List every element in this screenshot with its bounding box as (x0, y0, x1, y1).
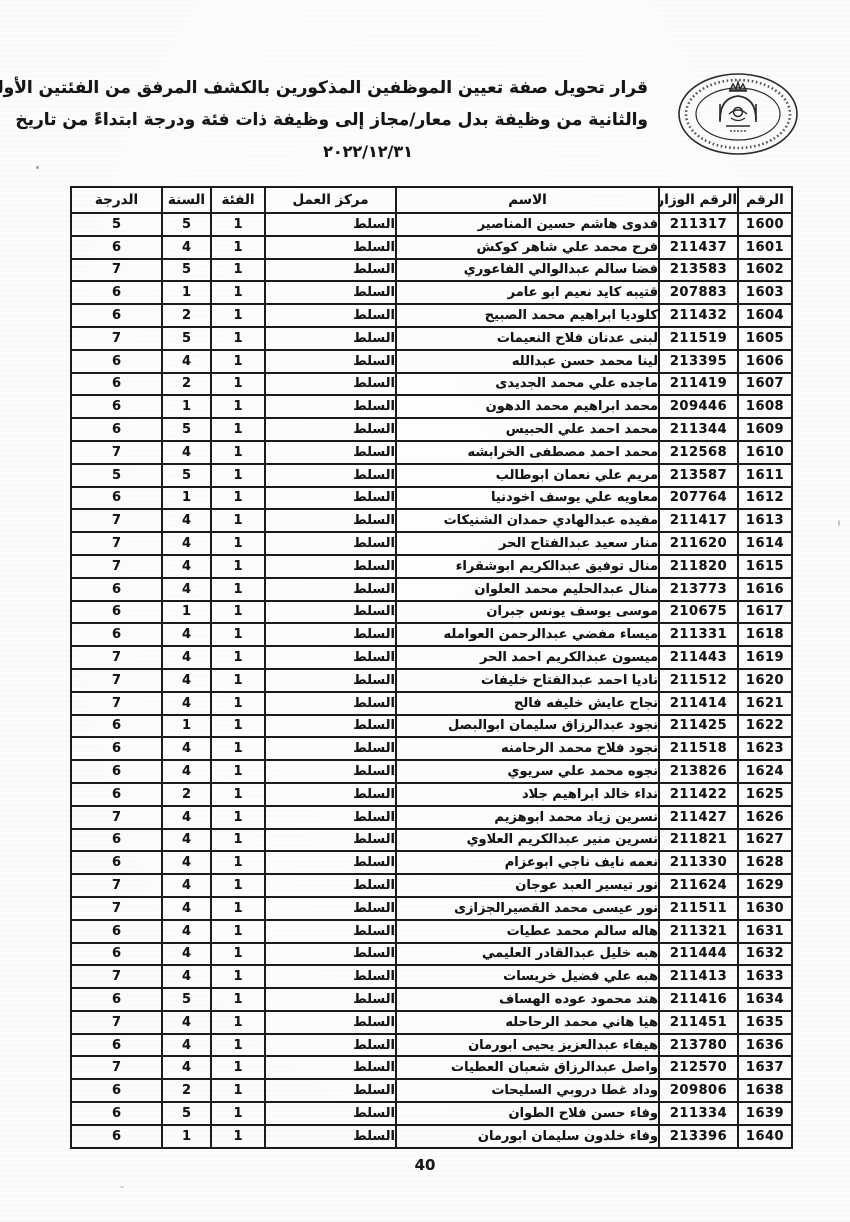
header-name: الاسم (396, 187, 659, 213)
cell-category: 1 (211, 760, 265, 783)
cell-name: نجود عبدالرزاق سليمان ابوالبصل (396, 715, 659, 738)
cell-year: 4 (162, 965, 211, 988)
cell-number: 1637 (738, 1056, 792, 1079)
cell-work-center: السلط (265, 1011, 396, 1034)
table-row: 1615211820منال توفيق عبدالكريم ابوشقراءا… (71, 555, 792, 578)
cell-year: 4 (162, 829, 211, 852)
cell-work-center: السلط (265, 213, 396, 236)
cell-name: محمد احمد علي الحبيس (396, 418, 659, 441)
cell-number: 1628 (738, 851, 792, 874)
header-work-center: مركز العمل (265, 187, 396, 213)
cell-year: 1 (162, 601, 211, 624)
cell-grade: 6 (71, 851, 162, 874)
cell-number: 1635 (738, 1011, 792, 1034)
cell-name: هيا هاني محمد الرحاحله (396, 1011, 659, 1034)
table-row: 1611213587مريم علي نعمان ابوطالبالسلط155 (71, 464, 792, 487)
cell-name: موسى يوسف يونس جبران (396, 601, 659, 624)
cell-grade: 7 (71, 441, 162, 464)
cell-number: 1615 (738, 555, 792, 578)
table-row: 1607211419ماجده علي محمد الجديدىالسلط126 (71, 373, 792, 396)
table-row: 1633211413هبه علي فضيل خريساتالسلط147 (71, 965, 792, 988)
cell-number: 1638 (738, 1079, 792, 1102)
table-row: 1604211432كلوديا ابراهيم محمد الصبيحالسل… (71, 304, 792, 327)
cell-name: منال عبدالحليم محمد العلوان (396, 578, 659, 601)
cell-ministry-number: 213780 (659, 1034, 738, 1057)
cell-work-center: السلط (265, 1125, 396, 1148)
table-row: 1632211444هبه خليل عبدالقادر العليميالسل… (71, 943, 792, 966)
cell-work-center: السلط (265, 509, 396, 532)
cell-ministry-number: 211331 (659, 623, 738, 646)
cell-ministry-number: 211419 (659, 373, 738, 396)
cell-work-center: السلط (265, 236, 396, 259)
cell-ministry-number: 211512 (659, 669, 738, 692)
cell-category: 1 (211, 281, 265, 304)
cell-work-center: السلط (265, 760, 396, 783)
cell-work-center: السلط (265, 988, 396, 1011)
cell-grade: 6 (71, 1079, 162, 1102)
table-row: 1639211334وفاء حسن فلاح الطوانالسلط156 (71, 1102, 792, 1125)
cell-name: نعمه نايف ناجي ابوعزام (396, 851, 659, 874)
cell-ministry-number: 213583 (659, 259, 738, 282)
cell-year: 4 (162, 920, 211, 943)
cell-category: 1 (211, 1034, 265, 1057)
cell-grade: 7 (71, 646, 162, 669)
cell-number: 1608 (738, 395, 792, 418)
scanned-document-page: قرار تحويل صفة تعيين الموظفين المذكورين … (0, 0, 850, 1222)
cell-number: 1626 (738, 806, 792, 829)
cell-name: نور عيسى محمد القصيرالجزازى (396, 897, 659, 920)
cell-name: ميساء مفضي عبدالرحمن العوامله (396, 623, 659, 646)
cell-grade: 7 (71, 555, 162, 578)
cell-work-center: السلط (265, 783, 396, 806)
table-row: 1629211624نور تيسير العبد عوجانالسلط147 (71, 874, 792, 897)
cell-number: 1610 (738, 441, 792, 464)
cell-ministry-number: 209806 (659, 1079, 738, 1102)
cell-year: 5 (162, 418, 211, 441)
cell-number: 1612 (738, 487, 792, 510)
cell-name: محمد ابراهيم محمد الدهون (396, 395, 659, 418)
cell-number: 1640 (738, 1125, 792, 1148)
table-row: 1626211427نسرين زياد محمد ابوهزيمالسلط14… (71, 806, 792, 829)
table-row: 1636213780هيفاء عبدالعزيز يحيى ابورمانال… (71, 1034, 792, 1057)
cell-ministry-number: 211413 (659, 965, 738, 988)
cell-number: 1609 (738, 418, 792, 441)
cell-name: مريم علي نعمان ابوطالب (396, 464, 659, 487)
scan-artifact (120, 1186, 124, 1188)
cell-ministry-number: 212570 (659, 1056, 738, 1079)
cell-grade: 7 (71, 669, 162, 692)
cell-grade: 7 (71, 897, 162, 920)
cell-work-center: السلط (265, 304, 396, 327)
cell-ministry-number: 211624 (659, 874, 738, 897)
cell-year: 4 (162, 646, 211, 669)
table-row: 1617210675موسى يوسف يونس جبرانالسلط116 (71, 601, 792, 624)
cell-work-center: السلط (265, 851, 396, 874)
cell-work-center: السلط (265, 464, 396, 487)
table-row: 1623211518نجود فلاح محمد الرحامنهالسلط14… (71, 737, 792, 760)
cell-number: 1631 (738, 920, 792, 943)
scan-artifact (36, 166, 39, 169)
cell-ministry-number: 212568 (659, 441, 738, 464)
cell-name: لبنى عدنان فلاح النعيمات (396, 327, 659, 350)
cell-number: 1602 (738, 259, 792, 282)
cell-grade: 6 (71, 304, 162, 327)
decree-title: قرار تحويل صفة تعيين الموظفين المذكورين … (88, 72, 648, 168)
cell-number: 1621 (738, 692, 792, 715)
cell-ministry-number: 210675 (659, 601, 738, 624)
header-category: الفئة (211, 187, 265, 213)
cell-work-center: السلط (265, 578, 396, 601)
table-row: 1627211821نسرين منير عبدالكريم العلاويال… (71, 829, 792, 852)
cell-number: 1614 (738, 532, 792, 555)
cell-number: 1636 (738, 1034, 792, 1057)
cell-category: 1 (211, 509, 265, 532)
cell-ministry-number: 211443 (659, 646, 738, 669)
cell-work-center: السلط (265, 920, 396, 943)
cell-year: 5 (162, 1102, 211, 1125)
cell-number: 1620 (738, 669, 792, 692)
cell-name: نسرين زياد محمد ابوهزيم (396, 806, 659, 829)
cell-name: كلوديا ابراهيم محمد الصبيح (396, 304, 659, 327)
cell-category: 1 (211, 304, 265, 327)
cell-grade: 6 (71, 760, 162, 783)
cell-work-center: السلط (265, 737, 396, 760)
cell-ministry-number: 211425 (659, 715, 738, 738)
cell-name: منال توفيق عبدالكريم ابوشقراء (396, 555, 659, 578)
cell-work-center: السلط (265, 259, 396, 282)
cell-work-center: السلط (265, 669, 396, 692)
table-row: 1612207764معاويه علي يوسف اخودنياالسلط11… (71, 487, 792, 510)
cell-ministry-number: 211330 (659, 851, 738, 874)
cell-name: فضا سالم عبدالوالي الفاعوري (396, 259, 659, 282)
cell-grade: 6 (71, 1102, 162, 1125)
cell-grade: 5 (71, 213, 162, 236)
cell-category: 1 (211, 1102, 265, 1125)
cell-work-center: السلط (265, 532, 396, 555)
table-row: 1624213826نجوه محمد علي سريويالسلط146 (71, 760, 792, 783)
cell-number: 1625 (738, 783, 792, 806)
cell-category: 1 (211, 965, 265, 988)
employee-roster-table: الرقم الرقم الوزاري الاسم مركز العمل الف… (70, 186, 793, 1149)
cell-year: 1 (162, 1125, 211, 1148)
cell-number: 1619 (738, 646, 792, 669)
cell-work-center: السلط (265, 395, 396, 418)
cell-year: 4 (162, 897, 211, 920)
cell-ministry-number: 211417 (659, 509, 738, 532)
table-row: 1614211620منار سعيد عبدالفتاح الحرالسلط1… (71, 532, 792, 555)
cell-grade: 7 (71, 692, 162, 715)
cell-grade: 6 (71, 715, 162, 738)
cell-work-center: السلط (265, 1034, 396, 1057)
cell-name: معاويه علي يوسف اخودنيا (396, 487, 659, 510)
cell-category: 1 (211, 1011, 265, 1034)
cell-category: 1 (211, 601, 265, 624)
table-row: 1635211451هيا هاني محمد الرحاحلهالسلط147 (71, 1011, 792, 1034)
title-line-1: قرار تحويل صفة تعيين الموظفين المذكورين … (88, 72, 648, 104)
cell-year: 4 (162, 441, 211, 464)
table-row: 1603207883قتيبه كايد نعيم ابو عامرالسلط1… (71, 281, 792, 304)
title-date: ٢٠٢٢/١٢/٣١ (88, 136, 648, 168)
cell-category: 1 (211, 487, 265, 510)
cell-year: 4 (162, 874, 211, 897)
cell-number: 1634 (738, 988, 792, 1011)
cell-category: 1 (211, 1079, 265, 1102)
cell-grade: 6 (71, 418, 162, 441)
cell-name: ناديا احمد عبدالفتاح خليفات (396, 669, 659, 692)
cell-year: 4 (162, 1011, 211, 1034)
cell-number: 1604 (738, 304, 792, 327)
cell-category: 1 (211, 236, 265, 259)
cell-grade: 6 (71, 281, 162, 304)
table-row: 1625211422نداء خالد ابراهيم جلادالسلط126 (71, 783, 792, 806)
cell-ministry-number: 211444 (659, 943, 738, 966)
cell-number: 1630 (738, 897, 792, 920)
cell-work-center: السلط (265, 327, 396, 350)
cell-year: 5 (162, 213, 211, 236)
cell-category: 1 (211, 943, 265, 966)
cell-number: 1632 (738, 943, 792, 966)
cell-category: 1 (211, 213, 265, 236)
cell-work-center: السلط (265, 555, 396, 578)
cell-category: 1 (211, 623, 265, 646)
cell-year: 4 (162, 555, 211, 578)
cell-year: 2 (162, 1079, 211, 1102)
cell-work-center: السلط (265, 373, 396, 396)
table-row: 1630211511نور عيسى محمد القصيرالجزازىالس… (71, 897, 792, 920)
cell-grade: 7 (71, 532, 162, 555)
cell-category: 1 (211, 532, 265, 555)
cell-work-center: السلط (265, 350, 396, 373)
cell-year: 4 (162, 943, 211, 966)
cell-year: 4 (162, 578, 211, 601)
cell-number: 1639 (738, 1102, 792, 1125)
table-row: 1621211414نجاح عايش خليفه فالحالسلط147 (71, 692, 792, 715)
cell-year: 4 (162, 1056, 211, 1079)
cell-ministry-number: 211511 (659, 897, 738, 920)
jordan-coat-of-arms-icon (674, 68, 802, 160)
header-ministry-number: الرقم الوزاري (659, 187, 738, 213)
cell-category: 1 (211, 874, 265, 897)
cell-category: 1 (211, 555, 265, 578)
cell-number: 1618 (738, 623, 792, 646)
cell-name: فرح محمد علي شاهر كوكش (396, 236, 659, 259)
cell-number: 1605 (738, 327, 792, 350)
cell-ministry-number: 211422 (659, 783, 738, 806)
cell-name: هند محمود عوده الهساف (396, 988, 659, 1011)
cell-grade: 6 (71, 943, 162, 966)
cell-category: 1 (211, 806, 265, 829)
cell-category: 1 (211, 441, 265, 464)
cell-work-center: السلط (265, 715, 396, 738)
cell-category: 1 (211, 1125, 265, 1148)
cell-work-center: السلط (265, 897, 396, 920)
table-row: 1613211417مفيده عبدالهادي حمدان الشنيكات… (71, 509, 792, 532)
cell-year: 5 (162, 464, 211, 487)
cell-work-center: السلط (265, 806, 396, 829)
cell-category: 1 (211, 920, 265, 943)
cell-work-center: السلط (265, 487, 396, 510)
cell-name: ميسون عبدالكريم احمد الحر (396, 646, 659, 669)
cell-name: فدوى هاشم حسين المناصير (396, 213, 659, 236)
cell-category: 1 (211, 464, 265, 487)
cell-category: 1 (211, 829, 265, 852)
cell-year: 4 (162, 236, 211, 259)
cell-ministry-number: 211334 (659, 1102, 738, 1125)
cell-ministry-number: 211344 (659, 418, 738, 441)
cell-year: 4 (162, 692, 211, 715)
cell-ministry-number: 211518 (659, 737, 738, 760)
cell-number: 1622 (738, 715, 792, 738)
cell-name: نجوه محمد علي سريوي (396, 760, 659, 783)
cell-work-center: السلط (265, 692, 396, 715)
cell-category: 1 (211, 646, 265, 669)
cell-ministry-number: 211416 (659, 988, 738, 1011)
cell-category: 1 (211, 851, 265, 874)
cell-number: 1629 (738, 874, 792, 897)
table-row: 1606213395لينا محمد حسن عبداللهالسلط146 (71, 350, 792, 373)
cell-name: محمد احمد مصطفى الخرابشه (396, 441, 659, 464)
cell-category: 1 (211, 259, 265, 282)
cell-name: وفاء خلدون سليمان ابورمان (396, 1125, 659, 1148)
cell-year: 4 (162, 669, 211, 692)
table-row: 1600211317فدوى هاشم حسين المناصيرالسلط15… (71, 213, 792, 236)
cell-grade: 6 (71, 783, 162, 806)
cell-name: نسرين منير عبدالكريم العلاوي (396, 829, 659, 852)
cell-ministry-number: 211451 (659, 1011, 738, 1034)
cell-category: 1 (211, 715, 265, 738)
cell-grade: 7 (71, 874, 162, 897)
cell-grade: 6 (71, 988, 162, 1011)
cell-category: 1 (211, 395, 265, 418)
cell-grade: 7 (71, 1056, 162, 1079)
cell-name: هاله سالم محمد عطيات (396, 920, 659, 943)
cell-year: 4 (162, 509, 211, 532)
header-year: السنة (162, 187, 211, 213)
cell-grade: 6 (71, 487, 162, 510)
cell-category: 1 (211, 737, 265, 760)
cell-work-center: السلط (265, 943, 396, 966)
table-row: 1602213583فضا سالم عبدالوالي الفاعوريالس… (71, 259, 792, 282)
cell-category: 1 (211, 1056, 265, 1079)
table-row: 1634211416هند محمود عوده الهسافالسلط156 (71, 988, 792, 1011)
cell-ministry-number: 211321 (659, 920, 738, 943)
cell-year: 1 (162, 395, 211, 418)
cell-category: 1 (211, 783, 265, 806)
cell-number: 1627 (738, 829, 792, 852)
table-row: 1608209446محمد ابراهيم محمد الدهونالسلط1… (71, 395, 792, 418)
cell-work-center: السلط (265, 418, 396, 441)
cell-grade: 6 (71, 829, 162, 852)
cell-work-center: السلط (265, 829, 396, 852)
cell-category: 1 (211, 669, 265, 692)
cell-year: 2 (162, 373, 211, 396)
table-row: 1619211443ميسون عبدالكريم احمد الحرالسلط… (71, 646, 792, 669)
cell-category: 1 (211, 578, 265, 601)
cell-grade: 6 (71, 1034, 162, 1057)
cell-category: 1 (211, 692, 265, 715)
cell-ministry-number: 207883 (659, 281, 738, 304)
cell-ministry-number: 207764 (659, 487, 738, 510)
cell-number: 1613 (738, 509, 792, 532)
table-row: 1609211344محمد احمد علي الحبيسالسلط156 (71, 418, 792, 441)
cell-ministry-number: 213773 (659, 578, 738, 601)
cell-category: 1 (211, 988, 265, 1011)
cell-year: 4 (162, 851, 211, 874)
cell-ministry-number: 211432 (659, 304, 738, 327)
cell-number: 1600 (738, 213, 792, 236)
cell-name: نداء خالد ابراهيم جلاد (396, 783, 659, 806)
cell-year: 5 (162, 259, 211, 282)
cell-grade: 7 (71, 1011, 162, 1034)
cell-grade: 6 (71, 623, 162, 646)
table-row: 1618211331ميساء مفضي عبدالرحمن العواملها… (71, 623, 792, 646)
cell-ministry-number: 211820 (659, 555, 738, 578)
cell-grade: 6 (71, 236, 162, 259)
cell-name: ماجده علي محمد الجديدى (396, 373, 659, 396)
cell-grade: 7 (71, 965, 162, 988)
table-row: 1605211519لبنى عدنان فلاح النعيماتالسلط1… (71, 327, 792, 350)
cell-number: 1633 (738, 965, 792, 988)
table-row: 1640213396وفاء خلدون سليمان ابورمانالسلط… (71, 1125, 792, 1148)
table-row: 1620211512ناديا احمد عبدالفتاح خليفاتالس… (71, 669, 792, 692)
cell-ministry-number: 211414 (659, 692, 738, 715)
employee-table-body: 1600211317فدوى هاشم حسين المناصيرالسلط15… (71, 213, 792, 1148)
cell-year: 5 (162, 988, 211, 1011)
cell-number: 1601 (738, 236, 792, 259)
cell-year: 2 (162, 783, 211, 806)
cell-ministry-number: 213826 (659, 760, 738, 783)
cell-grade: 6 (71, 1125, 162, 1148)
cell-number: 1617 (738, 601, 792, 624)
cell-category: 1 (211, 418, 265, 441)
cell-grade: 6 (71, 395, 162, 418)
cell-name: منار سعيد عبدالفتاح الحر (396, 532, 659, 555)
cell-name: قتيبه كايد نعيم ابو عامر (396, 281, 659, 304)
cell-ministry-number: 211821 (659, 829, 738, 852)
cell-ministry-number: 213396 (659, 1125, 738, 1148)
cell-category: 1 (211, 327, 265, 350)
cell-ministry-number: 211317 (659, 213, 738, 236)
cell-grade: 6 (71, 578, 162, 601)
cell-name: هيفاء عبدالعزيز يحيى ابورمان (396, 1034, 659, 1057)
cell-name: وداد غطا دروبي السليحات (396, 1079, 659, 1102)
cell-number: 1603 (738, 281, 792, 304)
table-row: 1616213773منال عبدالحليم محمد العلوانالس… (71, 578, 792, 601)
cell-grade: 7 (71, 806, 162, 829)
cell-ministry-number: 209446 (659, 395, 738, 418)
cell-year: 4 (162, 806, 211, 829)
cell-name: وفاء حسن فلاح الطوان (396, 1102, 659, 1125)
cell-ministry-number: 211519 (659, 327, 738, 350)
cell-number: 1606 (738, 350, 792, 373)
cell-number: 1616 (738, 578, 792, 601)
cell-grade: 7 (71, 327, 162, 350)
cell-name: نور تيسير العبد عوجان (396, 874, 659, 897)
cell-ministry-number: 213395 (659, 350, 738, 373)
cell-year: 4 (162, 532, 211, 555)
cell-category: 1 (211, 897, 265, 920)
page-number: 40 (0, 1156, 850, 1174)
cell-ministry-number: 211437 (659, 236, 738, 259)
cell-work-center: السلط (265, 1079, 396, 1102)
cell-work-center: السلط (265, 646, 396, 669)
cell-grade: 6 (71, 601, 162, 624)
cell-ministry-number: 213587 (659, 464, 738, 487)
cell-grade: 6 (71, 350, 162, 373)
cell-grade: 7 (71, 509, 162, 532)
header-grade: الدرجة (71, 187, 162, 213)
cell-grade: 5 (71, 464, 162, 487)
